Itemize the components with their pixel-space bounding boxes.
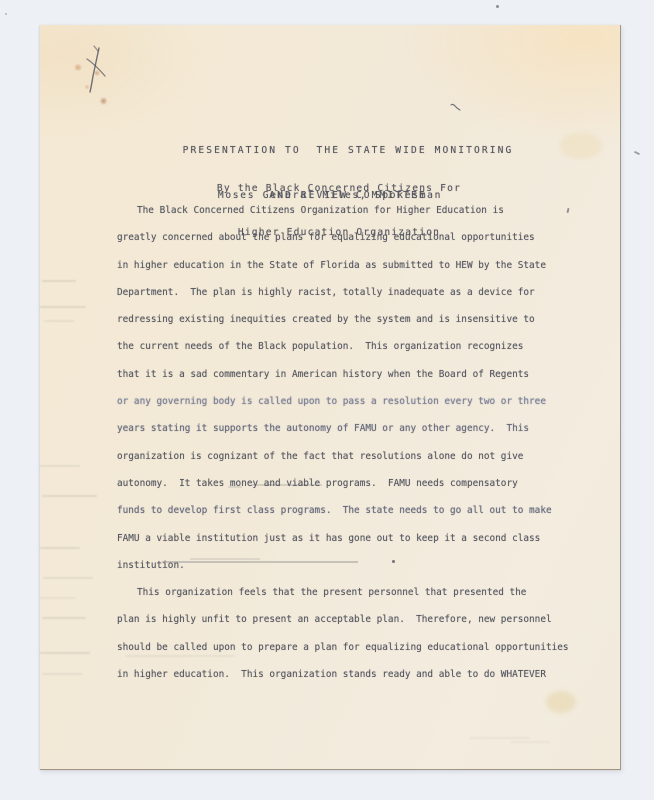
text-line: years stating it supports the autonomy o… xyxy=(117,415,603,442)
document-page: PRESENTATION TO THE STATE WIDE MONITORIN… xyxy=(40,25,621,770)
margin-smudge-mark xyxy=(470,737,530,739)
margin-smudge-mark xyxy=(43,577,93,579)
ink-scribble-mark xyxy=(82,45,112,95)
margin-smudge-mark xyxy=(42,280,76,282)
text-line: redressing existing inequities created b… xyxy=(117,306,603,333)
text-line: or any governing body is called upon to … xyxy=(117,388,603,415)
scan-background: PRESENTATION TO THE STATE WIDE MONITORIN… xyxy=(0,0,654,800)
margin-smudge-mark xyxy=(40,597,76,599)
pen-squiggle-mark xyxy=(450,102,462,111)
text-line: institution. xyxy=(117,552,603,579)
paragraph-2: This organization feels that the present… xyxy=(117,579,603,688)
text-line: that it is a sad commentary in American … xyxy=(117,361,603,388)
margin-smudge-mark xyxy=(40,547,80,549)
text-line: Department. The plan is highly racist, t… xyxy=(117,279,603,306)
margin-smudge-mark xyxy=(40,465,80,467)
margin-smudge-mark xyxy=(510,741,550,743)
text-line: greatly concerned about the plans for eq… xyxy=(117,224,603,251)
margin-smudge-mark xyxy=(44,320,74,322)
background-speck xyxy=(496,5,499,8)
rust-stain xyxy=(73,64,83,71)
text-line: funds to develop first class programs. T… xyxy=(117,497,603,524)
text-line: organization is cognizant of the fact th… xyxy=(117,443,603,470)
margin-smudge-mark xyxy=(42,673,82,675)
text-line: autonomy. It takes money and viable prog… xyxy=(117,470,603,497)
text-line: FAMU a viable institution just as it has… xyxy=(117,525,603,552)
rust-stain xyxy=(93,70,101,76)
yellow-stain xyxy=(546,691,576,713)
rust-stain xyxy=(84,84,90,90)
text-line: should be called upon to prepare a plan … xyxy=(117,634,603,661)
margin-smudge-mark xyxy=(40,306,86,308)
margin-smudge-mark xyxy=(42,617,86,619)
text-line: This organization feels that the present… xyxy=(117,579,603,606)
text-line: The Black Concerned Citizens Organizatio… xyxy=(117,197,603,224)
rust-stain xyxy=(99,97,108,105)
margin-smudge-mark xyxy=(40,652,90,654)
text-line: in higher education in the State of Flor… xyxy=(117,252,603,279)
background-speck xyxy=(5,13,7,15)
text-line: in higher education. This organization s… xyxy=(117,661,603,688)
document-body: The Black Concerned Citizens Organizatio… xyxy=(117,197,603,688)
text-line: plan is highly unfit to present an accep… xyxy=(117,606,603,633)
margin-smudge-mark xyxy=(42,495,97,497)
text-line: the current needs of the Black populatio… xyxy=(117,333,603,360)
paragraph-1: The Black Concerned Citizens Organizatio… xyxy=(117,197,603,579)
